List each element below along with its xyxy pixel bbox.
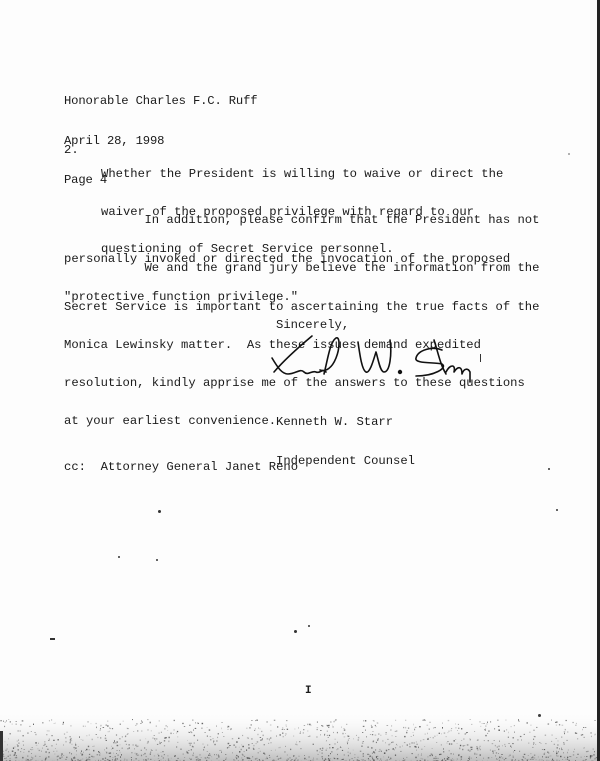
scan-speck (568, 153, 570, 155)
scan-speck (156, 559, 158, 561)
scan-speck (118, 556, 120, 558)
paragraph-line: In addition, please confirm that the Pre… (64, 214, 539, 227)
signature-icon (266, 328, 486, 384)
signer-block: Kenneth W. Starr Independent Counsel (276, 390, 415, 494)
scan-speck (480, 354, 481, 362)
paragraph-line: We and the grand jury believe the inform… (64, 262, 539, 275)
scan-speck (294, 630, 297, 633)
cc-line: cc: Attorney General Janet Reno (64, 460, 298, 474)
scan-speck (158, 510, 161, 513)
scan-speck (50, 638, 55, 640)
footer-mark: I (305, 685, 312, 697)
scan-speck (308, 625, 310, 627)
scanned-letter-page: Honorable Charles F.C. Ruff April 28, 19… (0, 0, 600, 761)
scan-edge (0, 731, 3, 761)
scan-speck (548, 468, 550, 470)
scan-noise-band (0, 711, 600, 761)
item-line: Whether the President is willing to waiv… (101, 168, 503, 181)
recipient-line: Honorable Charles F.C. Ruff (64, 95, 257, 109)
scan-speck (556, 509, 558, 511)
signer-name: Kenneth W. Starr (276, 416, 415, 429)
item-number: 2. (64, 143, 79, 157)
paragraph-line: Secret Service is important to ascertain… (64, 301, 539, 314)
